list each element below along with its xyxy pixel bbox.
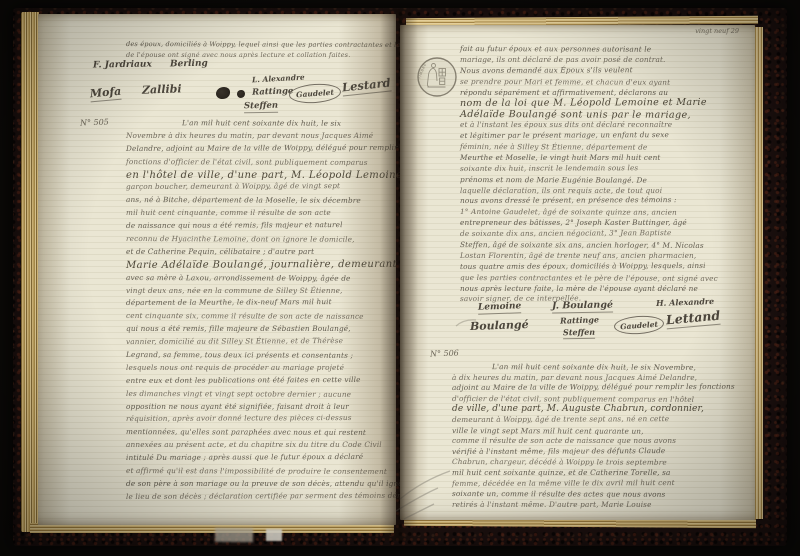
handwritten-line: d'officier de l'état civil, sont publiqu… <box>452 394 748 406</box>
handwritten-line: nous avons dressé le présent, en présenc… <box>460 195 752 207</box>
handwritten-line: les dimanches vingt et vingt sept octobr… <box>126 389 394 403</box>
marriage-act-505-text: L'an mil huit cent soixante dix huit, le… <box>126 118 394 505</box>
handwritten-line: prénoms et nom de Marie Eugénie Boulangé… <box>460 175 752 187</box>
left-page: des époux, domiciliés à Woippy, lequel a… <box>38 14 396 525</box>
handwritten-line: reconnu de Hyacinthe Lemoine, dont on ig… <box>126 234 394 248</box>
signature-steffen: Steffen <box>563 327 595 340</box>
handwritten-line: tous quatre amis des époux, domiciliés à… <box>460 261 752 273</box>
handwritten-line: entre eux et dont les publications ont é… <box>126 375 394 389</box>
handwritten-line: Steffen, âgé de soixante six ans, ancien… <box>460 240 752 252</box>
handwritten-line: féminin, née à Silley St Étienne, départ… <box>460 142 752 154</box>
marriage-act-505-continuation-text: fait au futur époux et aux personnes aut… <box>460 44 752 305</box>
handwritten-line: lesquels nous ont requis de procéder au … <box>126 363 394 376</box>
ink-blot <box>237 90 245 98</box>
page-edge-stack-right <box>754 27 763 519</box>
handwritten-line: de naissance qui nous a été remis, fils … <box>126 220 394 234</box>
page-edge-stack-left <box>21 12 39 532</box>
handwritten-line: Novembre à dix heures du matin, par deva… <box>126 131 394 144</box>
handwritten-line: demeurant à Woippy, âgé de trente sept a… <box>452 414 748 426</box>
handwritten-line: réquisition, après avoir donné lecture d… <box>126 413 394 427</box>
folio-number: vingt neuf 29 <box>695 27 739 35</box>
pencil-scribble <box>392 437 492 529</box>
act-number-margin-right: N° 506 <box>430 348 459 358</box>
handwritten-line: soixante dix huit, inscrit le lendemain … <box>460 163 752 175</box>
handwritten-line: 1° Antoine Gaudelet, âgé de soixante qui… <box>460 207 752 219</box>
signature-steffen: Steffen <box>244 101 278 114</box>
marriage-act-506-text: L'an mil huit cent soixante dix huit, le… <box>452 362 748 510</box>
signature-gaudelet-oval: Gaudelet <box>288 82 341 105</box>
handwritten-line: vannier, domicilié au dit Silley St Étie… <box>126 336 394 350</box>
signature-lestard: Lestard <box>341 75 391 96</box>
handwritten-line: Nous avons demandé aux Époux s'ils veule… <box>460 65 752 77</box>
handwritten-line: le lieu de son décès ; déclaration certi… <box>126 491 394 505</box>
handwritten-line: Chabrun, chargeur, décédé à Woippy le tr… <box>452 457 748 469</box>
signature-officiant: F. Jardriaux <box>93 59 152 70</box>
handwritten-line: avec sa mère à Laxou, arrondissement de … <box>126 273 394 287</box>
handwritten-line: adjoint au Maire de la ville de Woippy, … <box>452 382 748 394</box>
handwritten-line: garçon boucher, demeurant à Woippy, âgé … <box>126 181 394 195</box>
handwritten-line: des époux, domiciliés à Woippy, lequel a… <box>126 40 420 52</box>
handwritten-line: nom de la loi que M. Léopold Lemoine et … <box>460 97 752 109</box>
handwritten-line: fait au futur époux et aux personnes aut… <box>460 44 752 56</box>
handwritten-line: ans, né à Bitche, département de la Mose… <box>126 195 394 209</box>
signature-gaudelet-oval: Gaudelet <box>613 314 664 335</box>
handwritten-line: Delandre, adjoint au Maire de la ville d… <box>126 143 394 157</box>
handwritten-line: retirés à l'instant même. D'autre part, … <box>452 500 748 511</box>
ink-blot <box>216 87 230 99</box>
signature-berling: Berling <box>170 59 208 70</box>
handwritten-line: L'an mil huit cent soixante dix huit, le… <box>452 362 748 374</box>
pencil-mark <box>455 317 477 329</box>
handwritten-line: mentionnées, qu'elles sont paraphées ave… <box>126 427 394 441</box>
handwritten-line: femme, décédée en la même ville le dix a… <box>452 477 748 489</box>
handwritten-line: Adélaïde Boulangé sont unis par le maria… <box>460 109 752 121</box>
right-page: vingt neuf 29 TIMBRE fait au futur époux… <box>400 25 755 520</box>
handwritten-line: et affirmé qu'il est dans l'impossibilit… <box>126 466 394 480</box>
signature-alexandre: L. Alexandre <box>252 73 305 85</box>
handwritten-line: et de Catherine Pequin, célibataire ; d'… <box>126 247 394 260</box>
handwritten-line: soixante un, comme il résulte des actes … <box>452 489 748 501</box>
signature-zallibi: Zallibi <box>142 82 182 96</box>
signature-alexandre: H. Alexandre <box>656 296 714 308</box>
handwritten-line: L'an mil huit cent soixante dix huit, le… <box>126 118 394 132</box>
archival-register-scan: des époux, domiciliés à Woippy, lequel a… <box>0 0 800 556</box>
handwritten-line: et légitimer par le présent mariage, un … <box>460 130 752 142</box>
signature-rattinge: Rattinge <box>252 86 294 97</box>
handwritten-line: fonctions d'officier de l'état civil, so… <box>126 157 394 171</box>
handwritten-line: que les parties contractantes et le père… <box>460 273 752 285</box>
handwritten-line: cent cinquante six, comme il résulte de … <box>126 311 394 325</box>
handwritten-line: Marie Adélaïde Boulangé, journalière, de… <box>126 259 394 273</box>
handwritten-line: intitulé Du mariage ; après aussi que le… <box>126 452 394 466</box>
act-number-margin-left: N° 505 <box>80 117 109 127</box>
cover-wear-patch <box>215 528 253 542</box>
signature-lemoine: Lemoine <box>478 301 522 315</box>
signature-lettand: Lettand <box>665 308 720 330</box>
signature-mofa: Mofa <box>89 85 122 103</box>
handwritten-line: vérifié à l'instant même, fils majeur de… <box>452 445 748 457</box>
signature-rattinge: Rattinge <box>560 314 599 325</box>
handwritten-line: ville le vingt sept Mars mil huit cent q… <box>452 426 748 438</box>
handwritten-line: Legrand, sa femme, tous deux ici présent… <box>126 350 394 364</box>
signature-boulange-groom-side: J. Boulangé <box>552 299 613 313</box>
cover-wear-patch <box>266 529 282 541</box>
handwritten-line: de soixante dix ans, ancien négociant, 3… <box>460 228 752 240</box>
handwritten-line: département de la Meurthe, le dix-neuf M… <box>126 297 394 311</box>
signature-boulange: Boulangé <box>470 318 529 333</box>
handwritten-line: se prendre pour Mari et femme, et chacun… <box>460 77 752 89</box>
handwritten-line: de son père à son mariage ou la preuve d… <box>126 479 394 492</box>
timbre-stamp-icon: TIMBRE <box>415 55 459 99</box>
